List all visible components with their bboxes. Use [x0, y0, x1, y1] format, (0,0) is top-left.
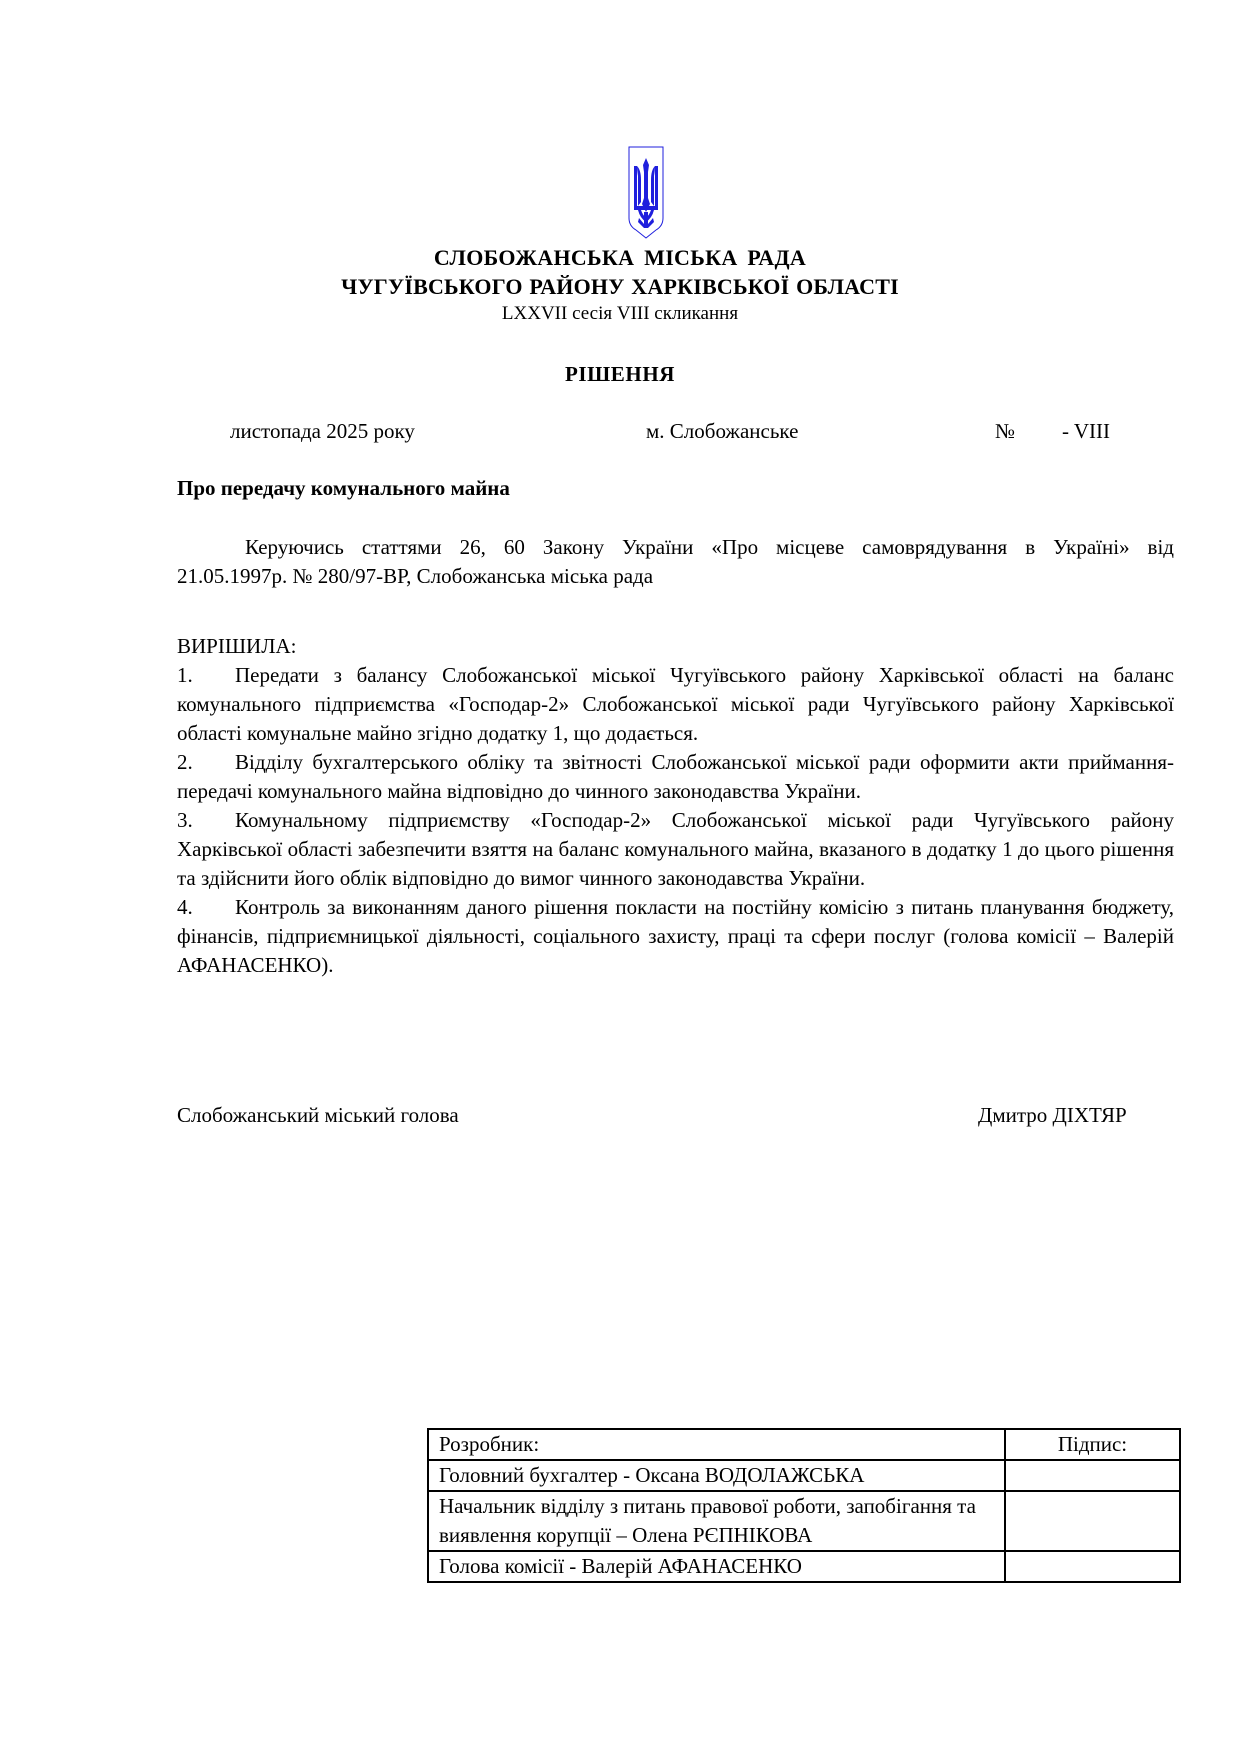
item-text: Відділу бухгалтерського обліку та звітно… [177, 750, 1174, 803]
preamble-line-2: 21.05.1997р. № 280/97-ВР, Слобожанська м… [177, 562, 1174, 591]
session-info: LXXVII сесія VIII скликання [0, 303, 1240, 325]
decision-item-2: 2.Відділу бухгалтерського обліку та звіт… [177, 748, 1174, 806]
decision-date: листопада 2025 року [230, 419, 415, 444]
decision-section: ВИРІШИЛА: 1.Передати з балансу Слобожанс… [177, 632, 1174, 980]
decision-subject: Про передачу комунального майна [177, 476, 510, 501]
decision-item-1: 1.Передати з балансу Слобожанської міськ… [177, 661, 1174, 748]
decision-place: м. Слобожанське [646, 419, 798, 444]
approver-name: Головний бухгалтер - Оксана ВОДОЛАЖСЬКА [428, 1460, 1005, 1491]
item-text: Комунальному підприємству «Господар-2» С… [177, 808, 1174, 890]
item-number: 1. [177, 661, 235, 690]
signatory-title: Слобожанський міський голова [177, 1103, 459, 1128]
signature-cell [1005, 1491, 1180, 1551]
table-row: Головний бухгалтер - Оксана ВОДОЛАЖСЬКА [428, 1460, 1180, 1491]
approvals-table: Розробник: Підпис: Головний бухгалтер - … [427, 1428, 1181, 1583]
item-text: Контроль за виконанням даного рішення по… [177, 895, 1174, 977]
ukraine-trident-coat-of-arms-icon [626, 146, 666, 241]
signature-cell [1005, 1551, 1180, 1582]
item-number: 2. [177, 748, 235, 777]
signature-cell [1005, 1460, 1180, 1491]
decision-item-3: 3.Комунальному підприємству «Господар-2»… [177, 806, 1174, 893]
document-type: РІШЕННЯ [0, 362, 1240, 387]
district-name: ЧУГУЇВСЬКОГО РАЙОНУ ХАРКІВСЬКОЇ ОБЛАСТІ [0, 274, 1240, 300]
decision-heading: ВИРІШИЛА: [177, 632, 1174, 661]
decision-number-suffix: - VIII [1062, 419, 1110, 444]
table-header-row: Розробник: Підпис: [428, 1429, 1180, 1460]
item-text: Передати з балансу Слобожанської міської… [177, 663, 1174, 745]
number-sign: № [995, 419, 1015, 444]
signatory-name: Дмитро ДІХТЯР [978, 1103, 1127, 1128]
council-name: СЛОБОЖАНСЬКА МІСЬКА РАДА [0, 245, 1240, 271]
signature-header: Підпис: [1005, 1429, 1180, 1460]
decision-item-4: 4.Контроль за виконанням даного рішення … [177, 893, 1174, 980]
preamble-line-1: Керуючись статтями 26, 60 Закону України… [177, 533, 1174, 562]
item-number: 4. [177, 893, 235, 922]
approver-name: Начальник відділу з питань правової робо… [428, 1491, 1005, 1551]
developer-header: Розробник: [428, 1429, 1005, 1460]
table-row: Голова комісії - Валерій АФАНАСЕНКО [428, 1551, 1180, 1582]
preamble: Керуючись статтями 26, 60 Закону України… [177, 533, 1174, 591]
item-number: 3. [177, 806, 235, 835]
table-row: Начальник відділу з питань правової робо… [428, 1491, 1180, 1551]
approver-name: Голова комісії - Валерій АФАНАСЕНКО [428, 1551, 1005, 1582]
